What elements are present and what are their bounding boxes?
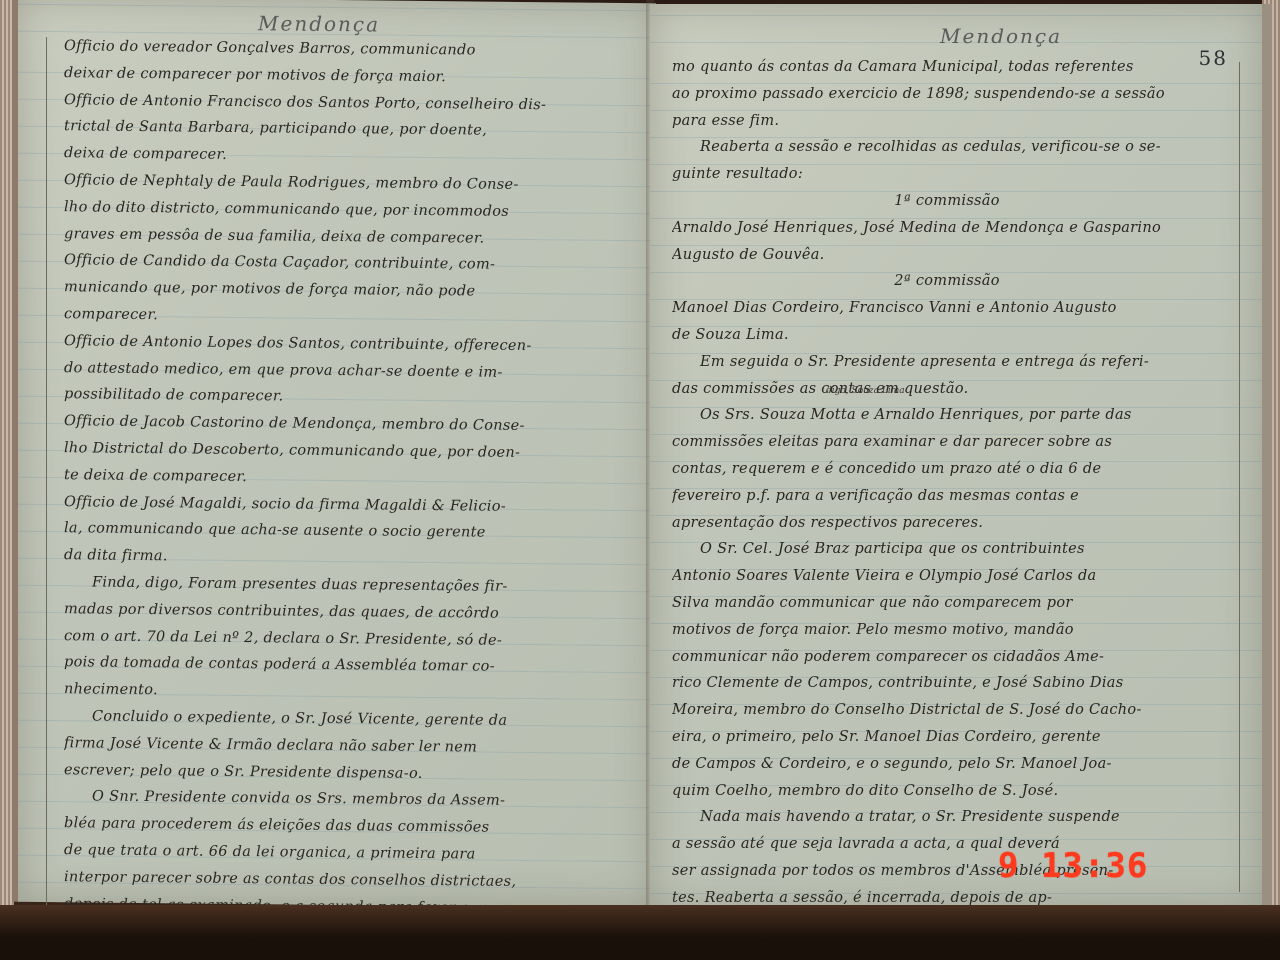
right-margin-rule: [1239, 62, 1240, 892]
handwritten-line: contas, requerem e é concedido um prazo …: [672, 456, 1222, 483]
handwritten-line: Reaberta a sessão e recolhidas as cedula…: [672, 134, 1222, 161]
handwritten-line: Arnaldo José Henriques, José Medina de M…: [672, 215, 1222, 242]
handwritten-line: apresentação dos respectivos pareceres.: [672, 510, 1222, 537]
right-page: Mendonça 58 mo quanto ás contas da Camar…: [650, 4, 1272, 909]
handwritten-line: eira, o primeiro, pelo Sr. Manoel Dias C…: [672, 724, 1222, 751]
handwritten-line: Augusto de Gouvêa.: [672, 242, 1222, 269]
handwritten-line: guinte resultado:: [672, 161, 1222, 188]
interlinear-correction: digo, Souza Lima: [826, 386, 905, 396]
handwritten-line: quim Coelho, membro do dito Conselho de …: [672, 778, 1222, 805]
left-margin-rule: [46, 37, 47, 907]
handwritten-line: 1ª commissão: [672, 188, 1222, 215]
handwritten-line: para esse fim.: [672, 108, 1222, 135]
handwritten-line: ao proximo passado exercicio de 1898; su…: [672, 81, 1222, 108]
handwritten-line: Nada mais havendo a tratar, o Sr. Presid…: [672, 804, 1222, 831]
handwritten-line: O Sr. Cel. José Braz participa que os co…: [672, 536, 1222, 563]
left-header-scrawl: Mendonça: [258, 11, 380, 36]
handwritten-line: communicar não poderem comparecer os cid…: [672, 644, 1222, 671]
left-page: Mendonça Officio do vereador Gonçalves B…: [12, 0, 656, 908]
handwritten-line: 2ª commissão: [672, 268, 1222, 295]
handwritten-line: Moreira, membro do Conselho Districtal d…: [672, 697, 1222, 724]
right-header-scrawl: Mendonça: [940, 24, 1062, 48]
handwritten-line: fevereiro p.f. para a verificação das me…: [672, 483, 1222, 510]
handwritten-line: Silva mandão communicar que não comparec…: [672, 590, 1222, 617]
left-page-text: Officio do vereador Gonçalves Barros, co…: [64, 33, 642, 923]
book-bottom-edge: [0, 905, 1280, 960]
handwritten-line: motivos de força maior. Pelo mesmo motiv…: [672, 617, 1222, 644]
handwritten-line: Os Srs. Souza Motta e Arnaldo Henriques,…: [672, 402, 1222, 429]
camera-timestamp-overlay: 9 13:36: [998, 846, 1148, 886]
handwritten-line: rico Clemente de Campos, contribuinte, e…: [672, 670, 1222, 697]
handwritten-line: Antonio Soares Valente Vieira e Olympio …: [672, 563, 1222, 590]
handwritten-line: Manoel Dias Cordeiro, Francisco Vanni e …: [672, 295, 1222, 322]
handwritten-line: de Souza Lima.: [672, 322, 1222, 349]
handwritten-line: das commissões as contas em questão.: [672, 376, 1222, 403]
handwritten-line: commissões eleitas para examinar e dar p…: [672, 429, 1222, 456]
open-ledger-book: Mendonça Officio do vereador Gonçalves B…: [0, 0, 1280, 960]
handwritten-line: Em seguida o Sr. Presidente apresenta e …: [672, 349, 1222, 376]
handwritten-line: de Campos & Cordeiro, e o segundo, pelo …: [672, 751, 1222, 778]
handwritten-line: mo quanto ás contas da Camara Municipal,…: [672, 54, 1222, 81]
right-page-text: mo quanto ás contas da Camara Municipal,…: [672, 54, 1222, 938]
